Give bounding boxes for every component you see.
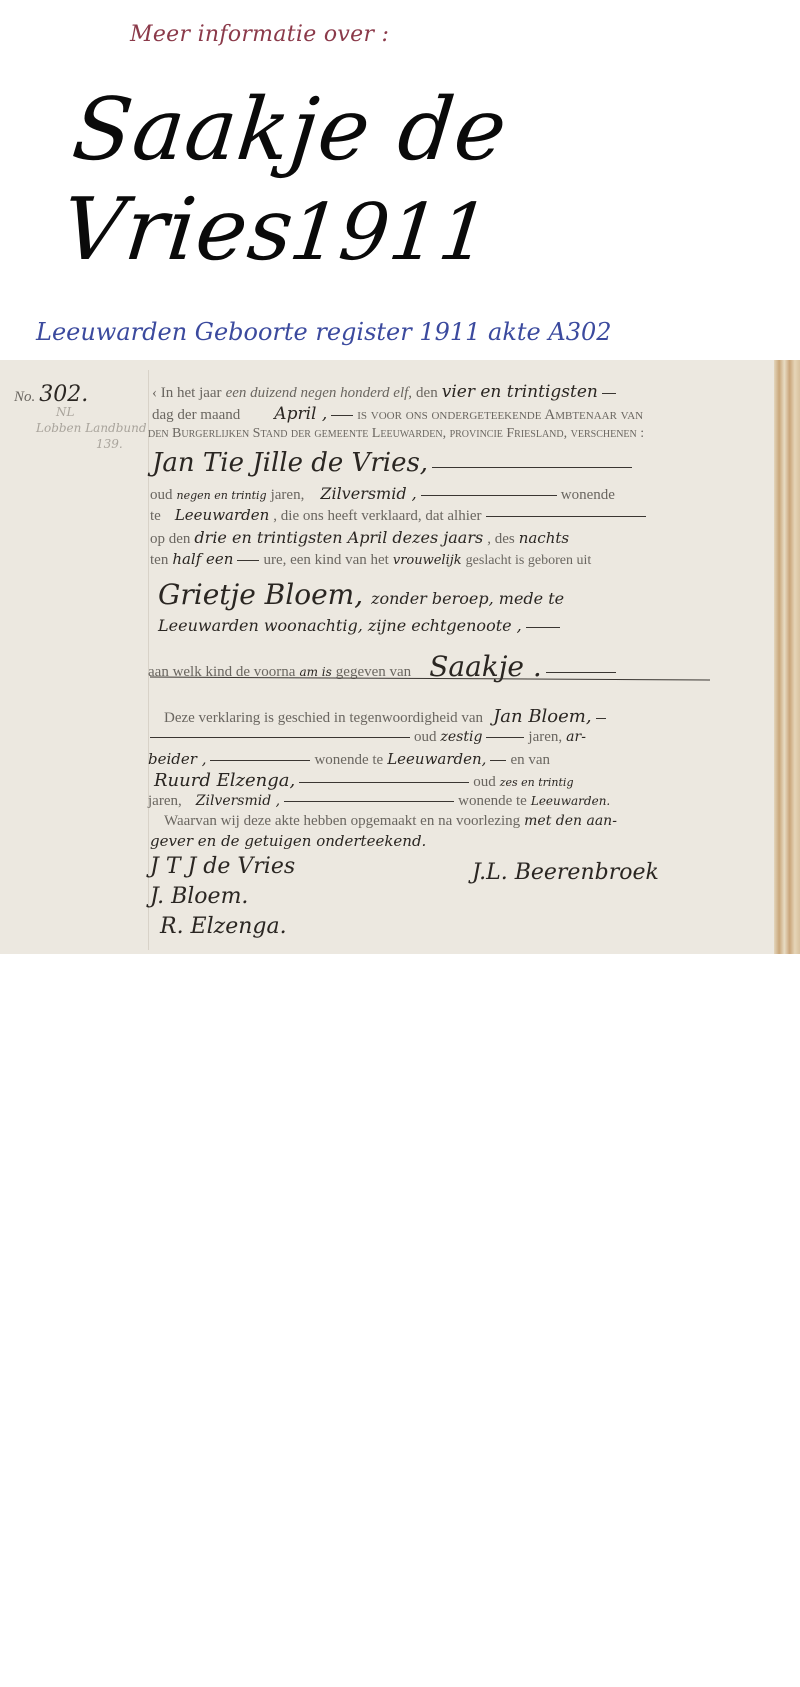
doc-line: op den drie en trintigsten April dezes j… (150, 528, 569, 548)
handwritten-text: vier en trintigsten (442, 382, 598, 402)
printed-text: den Burgerlijken Stand der gemeente Leeu… (148, 426, 644, 441)
handwritten-text: zestig (441, 729, 483, 745)
signature-father: J T J de Vries (150, 854, 295, 879)
printed-text: wonende te (314, 752, 383, 768)
printed-text: den (416, 385, 438, 401)
register-caption: Leeuwarden Geboorte register 1911 akte A… (36, 318, 612, 346)
printed-text: Waarvan wij deze akte hebben opgemaakt e… (164, 813, 520, 829)
handwritten-text: Zilversmid , (320, 484, 416, 503)
handwritten-text: gever en de getuigen onderteekend. (150, 832, 426, 850)
handwritten-text: Jan Bloem, (493, 706, 592, 727)
printed-text: oud (473, 774, 496, 790)
doc-line: Ruurd Elzenga, oud zes en trintig (154, 770, 574, 791)
printed-text: geslacht is geboren uit (466, 553, 592, 568)
page-title-year: 1911 (285, 188, 493, 278)
akte-number-label: No. (14, 389, 35, 405)
printed-text: , die ons heeft verklaard, dat alhier (273, 508, 481, 524)
blank-area (0, 954, 800, 1687)
handwritten-text: Leeuwarden. (531, 794, 610, 808)
printed-text: wonende te (458, 793, 527, 809)
printed-text: jaren, (528, 729, 562, 745)
doc-line: den Burgerlijken Stand der gemeente Leeu… (148, 424, 644, 442)
doc-line: dag der maand April , is voor ons onderg… (152, 404, 643, 424)
handwritten-text: Ruurd Elzenga, (154, 770, 295, 791)
doc-line: Leeuwarden woonachtig, zijne echtgenoote… (158, 616, 560, 636)
margin-note-line: 139. (36, 436, 147, 452)
doc-line: Deze verklaring is geschied in tegenwoor… (164, 706, 606, 727)
printed-text: dag der maand (152, 407, 240, 423)
book-page-edge (774, 360, 800, 954)
doc-line: ten half een ure, een kind van het vrouw… (150, 550, 591, 569)
handwritten-text: zes en trintig (500, 776, 574, 789)
doc-line: beider , wonende te Leeuwarden, en van (148, 750, 550, 769)
printed-text: wonende (561, 487, 615, 503)
doc-line: Waarvan wij deze akte hebben opgemaakt e… (164, 812, 617, 830)
printed-text: en van (510, 752, 550, 768)
printed-text: oud (414, 729, 437, 745)
printed-text: een duizend negen honderd elf, (226, 385, 412, 401)
printed-text: te (150, 508, 161, 524)
signature-official: J.L. Beerenbroek (472, 860, 659, 885)
handwritten-text: April , (274, 404, 327, 424)
margin-note-line: NL (36, 404, 147, 420)
handwritten-text: vrouwelijk (393, 553, 462, 568)
handwritten-text: negen en trintig (177, 489, 267, 502)
printed-text: op den (150, 531, 190, 547)
margin-note-line: Lobben Landbund (36, 420, 147, 436)
handwritten-text: Leeuwarden woonachtig, zijne echtgenoote… (158, 616, 522, 635)
handwritten-text: half een (172, 550, 233, 568)
doc-line: Grietje Bloem, zonder beroep, mede te (158, 578, 564, 611)
handwritten-text: nachts (519, 529, 569, 547)
printed-text: is voor ons ondergeteekende Ambtenaar va… (357, 407, 643, 423)
handwritten-text: ar- (566, 729, 586, 745)
handwritten-text: drie en trintigsten April dezes jaars (194, 528, 483, 547)
handwritten-text: Leeuwarden (175, 506, 269, 524)
doc-line: gever en de getuigen onderteekend. (150, 832, 426, 851)
handwritten-text: zonder beroep, mede te (371, 589, 564, 608)
handwritten-text: met den aan- (524, 813, 617, 829)
handwritten-text: Jan Tie Jille de Vries, (152, 448, 428, 478)
printed-text: ure, een kind van het (263, 552, 388, 568)
doc-line: Jan Tie Jille de Vries, (152, 448, 632, 478)
printed-text: , des (487, 531, 515, 547)
doc-line: oud negen en trintig jaren, Zilversmid ,… (150, 484, 615, 504)
printed-text: jaren, (148, 793, 182, 809)
subtitle: Meer informatie over : (130, 22, 389, 47)
printed-text: oud (150, 487, 173, 503)
handwritten-text: Leeuwarden, (387, 750, 486, 768)
handwritten-text: Grietje Bloem, (158, 578, 363, 611)
printed-text: ten (150, 552, 168, 568)
handwritten-text: Zilversmid , (196, 793, 280, 809)
printed-text: Deze verklaring is geschied in tegenwoor… (164, 710, 483, 726)
doc-line: ‹ In het jaar een duizend negen honderd … (152, 382, 616, 402)
signature-witness-2: R. Elzenga. (160, 914, 287, 939)
signature-witness-1: J. Bloem. (150, 884, 248, 909)
printed-text: jaren, (271, 487, 305, 503)
birth-certificate-scan: No. 302. NL Lobben Landbund 139. ‹ In he… (0, 360, 800, 954)
doc-line: oud zestig jaren, ar- (150, 728, 586, 746)
printed-text: In het jaar (161, 385, 222, 401)
margin-note: NL Lobben Landbund 139. (36, 404, 147, 452)
handwritten-text: beider , (148, 750, 206, 768)
doc-line: te Leeuwarden , die ons heeft verklaard,… (150, 506, 646, 525)
doc-line: jaren, Zilversmid , wonende te Leeuwarde… (148, 792, 610, 810)
